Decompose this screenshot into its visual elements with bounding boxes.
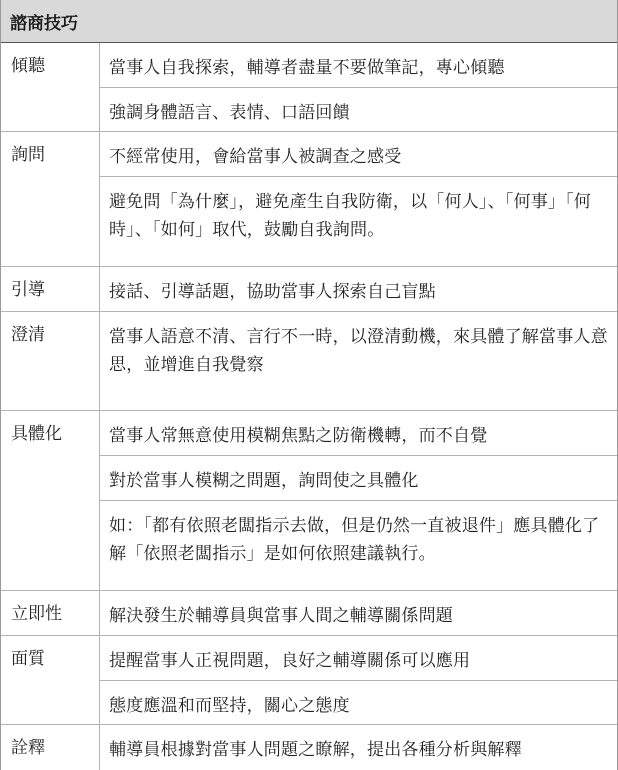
row-item: 當事人自我探索，輔導者盡量不要做筆記，專心傾聽	[100, 43, 617, 88]
row-items: 輔導員根據對當事人問題之瞭解，提出各種分析與解釋	[100, 725, 617, 770]
row-label: 傾聽	[1, 43, 100, 131]
row-item: 不經常使用，會給當事人被調查之感受	[100, 132, 617, 177]
table-row-clarifying: 澄清 當事人語意不清、言行不一時，以澄清動機，來具體了解當事人意思，並增進自我覺…	[1, 312, 617, 411]
row-items: 不經常使用，會給當事人被調查之感受 避免問「為什麼」，避免產生自我防衛，以「何人…	[100, 132, 617, 266]
row-items: 當事人常無意使用模糊焦點之防衛機轉，而不自覺 對於當事人模糊之問題，詢問使之具體…	[100, 411, 617, 590]
row-item: 對於當事人模糊之問題，詢問使之具體化	[100, 456, 617, 501]
table-row-questioning: 詢問 不經常使用，會給當事人被調查之感受 避免問「為什麼」，避免產生自我防衛，以…	[1, 132, 617, 267]
counseling-skills-table: 諮商技巧 傾聽 當事人自我探索，輔導者盡量不要做筆記，專心傾聽 強調身體語言、表…	[0, 0, 618, 770]
row-item: 強調身體語言、表情、口語回饋	[100, 88, 617, 131]
row-item: 態度應溫和而堅持，關心之態度	[100, 681, 617, 724]
table-row-guiding: 引導 接話、引導話題，協助當事人探索自己盲點	[1, 267, 617, 312]
row-items: 當事人語意不清、言行不一時，以澄清動機，來具體了解當事人意思，並增進自我覺察	[100, 312, 617, 410]
row-label: 澄清	[1, 312, 100, 410]
row-items: 接話、引導話題，協助當事人探索自己盲點	[100, 267, 617, 311]
table-title: 諮商技巧	[10, 9, 78, 34]
row-label: 詢問	[1, 132, 100, 266]
table-row-interpretation: 詮釋 輔導員根據對當事人問題之瞭解，提出各種分析與解釋	[1, 725, 617, 770]
row-item: 接話、引導話題，協助當事人探索自己盲點	[100, 267, 617, 311]
row-label: 詮釋	[1, 725, 100, 770]
row-label: 立即性	[1, 591, 100, 635]
row-items: 當事人自我探索，輔導者盡量不要做筆記，專心傾聽 強調身體語言、表情、口語回饋	[100, 43, 617, 131]
row-item: 提醒當事人正視問題，良好之輔導關係可以應用	[100, 636, 617, 681]
row-item: 解決發生於輔導員與當事人間之輔導關係問題	[100, 591, 617, 635]
row-label: 具體化	[1, 411, 100, 590]
row-item: 當事人常無意使用模糊焦點之防衛機轉，而不自覺	[100, 411, 617, 456]
table-row-listening: 傾聽 當事人自我探索，輔導者盡量不要做筆記，專心傾聽 強調身體語言、表情、口語回…	[1, 43, 617, 132]
row-item: 如：「都有依照老闆指示去做，但是仍然一直被退件」應具體化了解「依照老闆指示」是如…	[100, 501, 617, 590]
row-items: 解決發生於輔導員與當事人間之輔導關係問題	[100, 591, 617, 635]
table-header: 諮商技巧	[1, 0, 617, 43]
table-row-confrontation: 面質 提醒當事人正視問題，良好之輔導關係可以應用 態度應溫和而堅持，關心之態度	[1, 636, 617, 725]
table-row-concreteness: 具體化 當事人常無意使用模糊焦點之防衛機轉，而不自覺 對於當事人模糊之問題，詢問…	[1, 411, 617, 591]
row-item: 當事人語意不清、言行不一時，以澄清動機，來具體了解當事人意思，並增進自我覺察	[100, 312, 617, 410]
row-label: 面質	[1, 636, 100, 724]
row-item: 避免問「為什麼」，避免產生自我防衛，以「何人」、「何事」「何時」、「如何」取代，…	[100, 177, 617, 266]
row-items: 提醒當事人正視問題，良好之輔導關係可以應用 態度應溫和而堅持，關心之態度	[100, 636, 617, 724]
table-row-immediacy: 立即性 解決發生於輔導員與當事人間之輔導關係問題	[1, 591, 617, 636]
row-item: 輔導員根據對當事人問題之瞭解，提出各種分析與解釋	[100, 725, 617, 770]
row-label: 引導	[1, 267, 100, 311]
